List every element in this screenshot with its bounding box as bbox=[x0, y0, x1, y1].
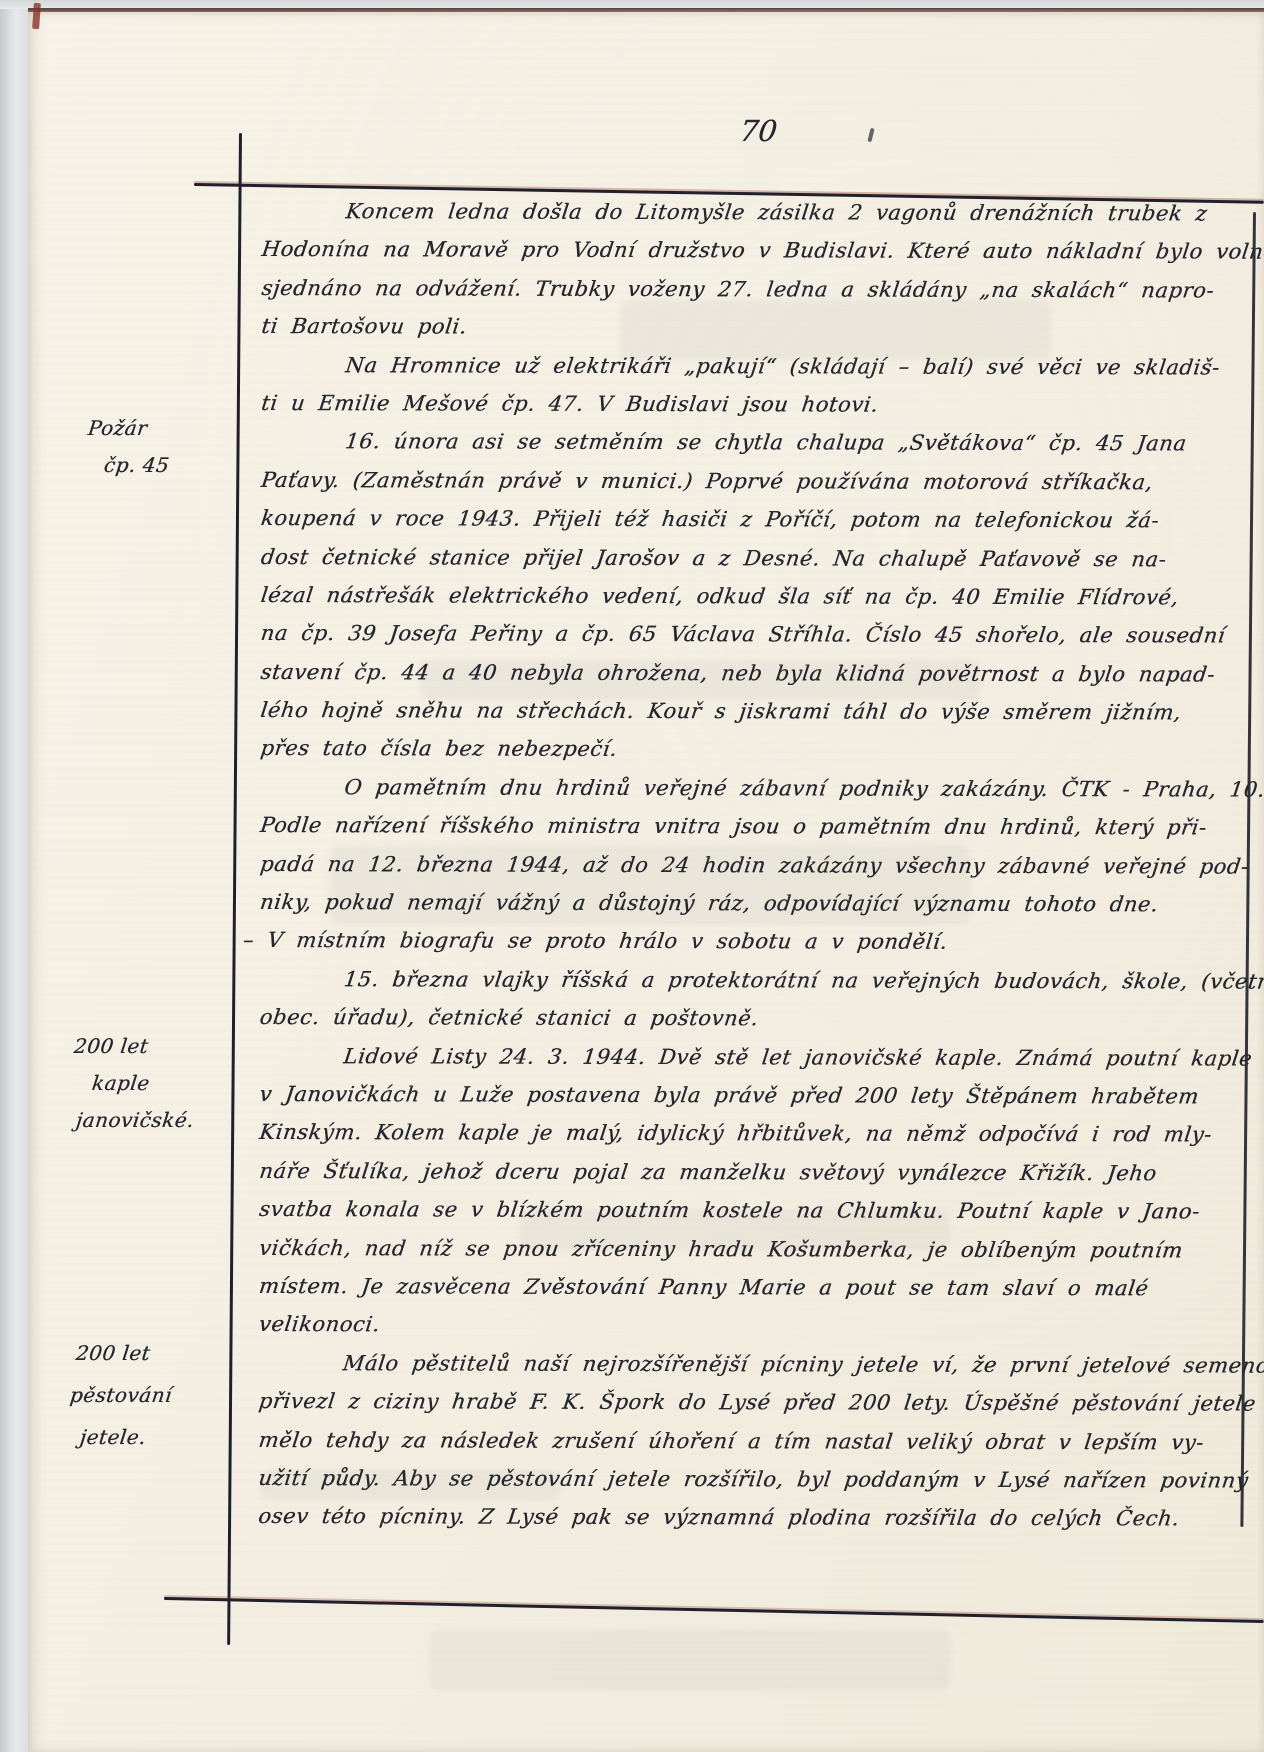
page-number: 70 bbox=[738, 114, 779, 148]
margin-note-clover: 200 letpěstováníjetele. bbox=[66, 1332, 172, 1458]
margin-note-line: Požár bbox=[86, 410, 172, 447]
handwritten-line: ti Bartošovu poli. bbox=[259, 307, 1264, 348]
handwritten-line: koupená v roce 1943. Přijeli též hasiči … bbox=[259, 499, 1264, 540]
handwritten-line: osev této pícniny. Z Lysé pak se významn… bbox=[256, 1497, 1264, 1538]
handwritten-line: stavení čp. 44 a 40 nebyla ohrožena, neb… bbox=[258, 653, 1264, 694]
margin-note-fire: Požárčp. 45 bbox=[88, 410, 169, 484]
handwritten-line: dost četnické stanice přijel Jarošov a z… bbox=[259, 538, 1264, 579]
handwritten-line: velikonoci. bbox=[257, 1305, 1264, 1346]
bleed-through-smudge bbox=[430, 1630, 950, 1690]
handwritten-line: lézal nástřešák elektrického vedení, odk… bbox=[259, 576, 1264, 617]
handwritten-line: sjednáno na odvážení. Trubky voženy 27. … bbox=[259, 269, 1264, 310]
scanned-chronicle-page: 70 Požárčp. 45 200 letkaplejanovičské. 2… bbox=[0, 0, 1264, 1752]
handwritten-line: přes tato čísla bez nebezpečí. bbox=[258, 729, 1264, 770]
handwritten-line: Podle nařízení říšského ministra vnitra … bbox=[258, 806, 1264, 847]
handwritten-line: Lidové Listy 24. 3. 1944. Dvě stě let ja… bbox=[257, 1037, 1264, 1078]
handwritten-line: Na Hromnice už elektrikáři „pakují“ (skl… bbox=[259, 346, 1264, 387]
handwritten-line: niky, pokud nemají vážný a důstojný ráz,… bbox=[258, 883, 1264, 924]
handwritten-line: ti u Emilie Mešové čp. 47. V Budislavi j… bbox=[259, 384, 1264, 425]
margin-note-line: pěstování bbox=[67, 1374, 174, 1416]
handwritten-line: 15. března vlajky říšská a protektorátní… bbox=[258, 960, 1264, 1001]
margin-note-chapel: 200 letkaplejanovičské. bbox=[74, 1028, 194, 1139]
handwritten-line: O pamětním dnu hrdinů veřejné zábavní po… bbox=[258, 768, 1264, 809]
margin-note-line: 200 let bbox=[72, 1028, 197, 1065]
handwritten-line: Kinským. Kolem kaple je malý, idylický h… bbox=[257, 1113, 1264, 1154]
handwritten-text-block: Koncem ledna došla do Litomyšle zásilka … bbox=[258, 192, 1264, 1538]
scanner-edge-left bbox=[0, 0, 28, 1752]
handwritten-line: vičkách, nad níž se pnou zříceniny hradu… bbox=[257, 1229, 1264, 1270]
handwritten-line: padá na 12. března 1944, až do 24 hodin … bbox=[258, 845, 1264, 886]
margin-note-line: jetele. bbox=[77, 1416, 174, 1458]
handwritten-line: na čp. 39 Josefa Peřiny a čp. 65 Václava… bbox=[258, 614, 1264, 655]
handwritten-line: užití půdy. Aby se pěstování jetele rozš… bbox=[256, 1459, 1264, 1500]
handwritten-line: náře Šťulíka, jehož dceru pojal za manže… bbox=[257, 1152, 1264, 1193]
handwritten-line: 16. února asi se setměním se chytla chal… bbox=[259, 422, 1264, 463]
handwritten-line: Paťavy. (Zaměstnán právě v munici.) Popr… bbox=[259, 461, 1264, 502]
handwritten-line: mělo tehdy za následek zrušení úhoření a… bbox=[256, 1421, 1264, 1462]
handwritten-line: v Janovičkách u Luže postavena byla práv… bbox=[257, 1075, 1264, 1116]
handwritten-line: obec. úřadu), četnické stanici a poštovn… bbox=[257, 998, 1264, 1039]
handwritten-line: Málo pěstitelů naší nejrozšířenější pícn… bbox=[257, 1344, 1264, 1385]
handwritten-line: přivezl z ciziny hrabě F. K. Špork do Ly… bbox=[256, 1382, 1264, 1423]
margin-note-line: 200 let bbox=[73, 1332, 174, 1374]
handwritten-line: Hodonína na Moravě pro Vodní družstvo v … bbox=[259, 230, 1264, 271]
handwritten-line: Koncem ledna došla do Litomyšle zásilka … bbox=[260, 192, 1264, 233]
handwritten-line: – V místním biografu se proto hrálo v so… bbox=[241, 921, 1264, 962]
handwritten-line: svatba konala se v blízkém poutním koste… bbox=[257, 1190, 1264, 1231]
margin-note-line: čp. 45 bbox=[102, 447, 172, 484]
handwritten-line: lého hojně sněhu na střechách. Kouř s ji… bbox=[258, 691, 1264, 732]
margin-note-line: janovičské. bbox=[74, 1102, 197, 1139]
handwritten-line: místem. Je zasvěcena Zvěstování Panny Ma… bbox=[257, 1267, 1264, 1308]
margin-note-line: kaple bbox=[90, 1065, 197, 1102]
